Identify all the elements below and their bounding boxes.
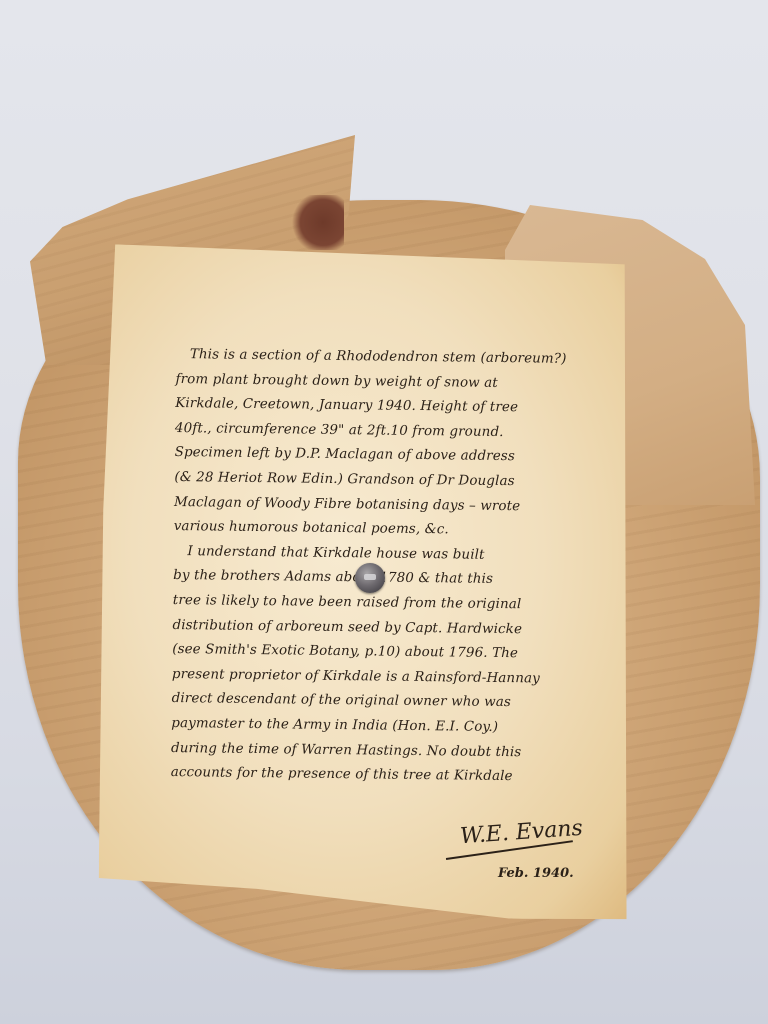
- bark-edge: [292, 195, 344, 250]
- letter-date: Feb. 1940.: [498, 866, 574, 881]
- pin-icon: [355, 563, 385, 593]
- handwritten-letter: This is a section of a Rhododendron stem…: [171, 343, 636, 791]
